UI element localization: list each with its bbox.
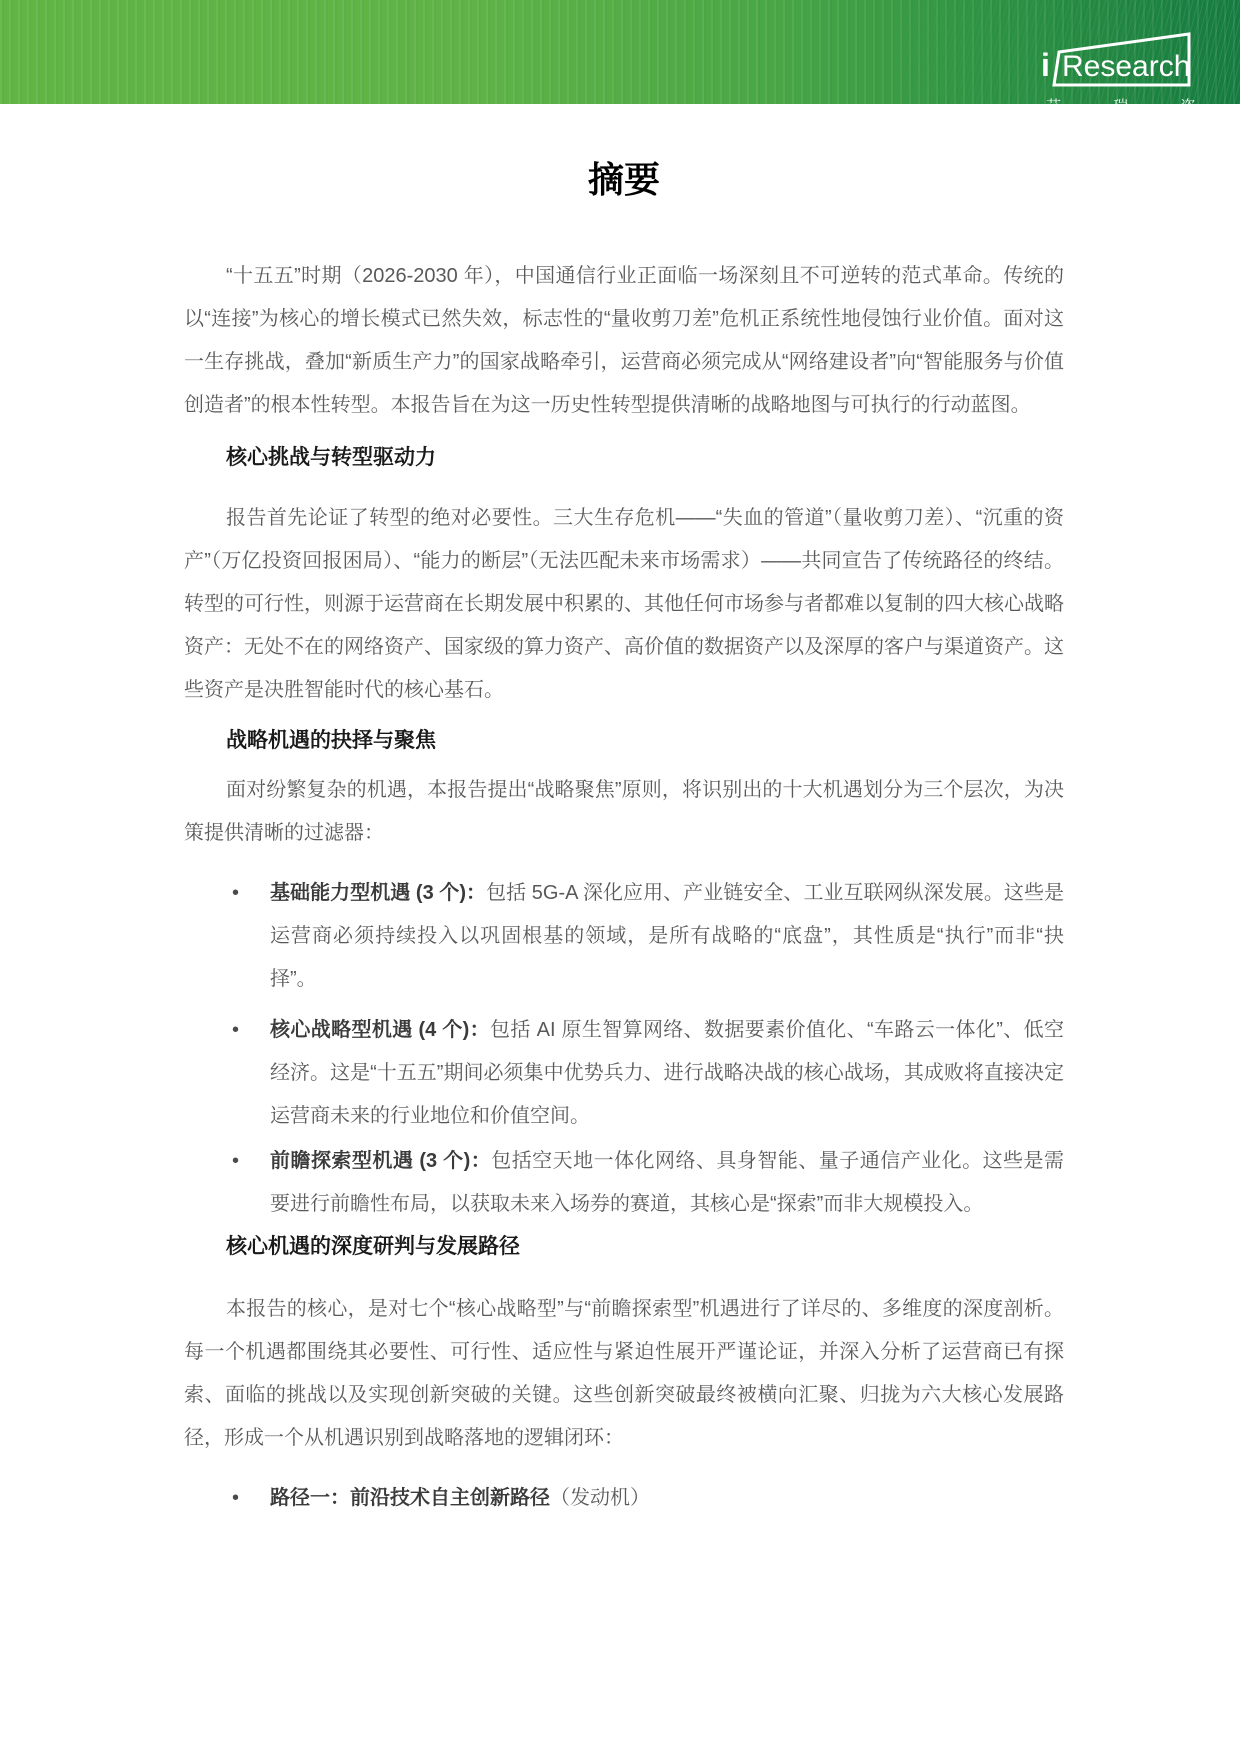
bullet-icon: • <box>232 1009 239 1052</box>
bullet-lead: 前瞻探索型机遇 (3 个)： <box>270 1150 491 1172</box>
list-item-foundational: •基础能力型机遇 (3 个)：包括 5G-A 深化应用、产业链安全、工业互联网纵… <box>184 872 1064 1001</box>
paths-paragraph: 本报告的核心，是对七个“核心战略型”与“前瞻探索型”机遇进行了详尽的、多维度的深… <box>184 1288 1064 1460</box>
bullet-text: （发动机） <box>550 1487 650 1509</box>
bullet-icon: • <box>232 872 239 915</box>
intro-paragraph: “十五五”时期（2026-2030 年），中国通信行业正面临一场深刻且不可逆转的… <box>184 255 1064 427</box>
opportunities-paragraph: 面对纷繁复杂的机遇，本报告提出“战略聚焦”原则，将识别出的十大机遇划分为三个层次… <box>184 769 1064 855</box>
bullet-lead: 基础能力型机遇 (3 个)： <box>270 882 486 904</box>
iresearch-logo: i Research 艾 瑞 咨 询 <box>1036 27 1196 104</box>
page-title: 摘要 <box>184 158 1064 202</box>
logo-chinese-subtext: 艾 瑞 咨 询 <box>1036 95 1196 104</box>
document-content: 摘要 “十五五”时期（2026-2030 年），中国通信行业正面临一场深刻且不可… <box>0 158 1240 1520</box>
bullet-lead: 核心战略型机遇 (4 个)： <box>270 1019 490 1041</box>
section-heading-paths: 核心机遇的深度研判与发展路径 <box>226 1234 1064 1260</box>
report-header-banner: i Research 艾 瑞 咨 询 <box>0 0 1240 104</box>
bullet-icon: • <box>232 1140 239 1183</box>
bullet-lead: 路径一：前沿技术自主创新路径 <box>270 1487 550 1509</box>
logo-i-letter: i <box>1041 47 1050 83</box>
list-item-core-strategic: •核心战略型机遇 (4 个)：包括 AI 原生智算网络、数据要素价值化、“车路云… <box>184 1009 1064 1138</box>
bullet-icon: • <box>232 1477 239 1520</box>
section-heading-challenges: 核心挑战与转型驱动力 <box>226 445 1064 471</box>
logo-research-text: Research <box>1062 50 1190 83</box>
challenges-paragraph: 报告首先论证了转型的绝对必要性。三大生存危机——“失血的管道”（量收剪刀差）、“… <box>184 497 1064 712</box>
list-item-path-one: •路径一：前沿技术自主创新路径（发动机） <box>184 1477 1064 1520</box>
document-page: i Research 艾 瑞 咨 询 摘要 “十五五”时期（2026-2030 … <box>0 0 1240 1754</box>
section-heading-opportunities: 战略机遇的抉择与聚焦 <box>226 728 1064 754</box>
list-item-forward-exploratory: •前瞻探索型机遇 (3 个)：包括空天地一体化网络、具身智能、量子通信产业化。这… <box>184 1140 1064 1226</box>
iresearch-logo-mark: i Research <box>1036 27 1196 89</box>
